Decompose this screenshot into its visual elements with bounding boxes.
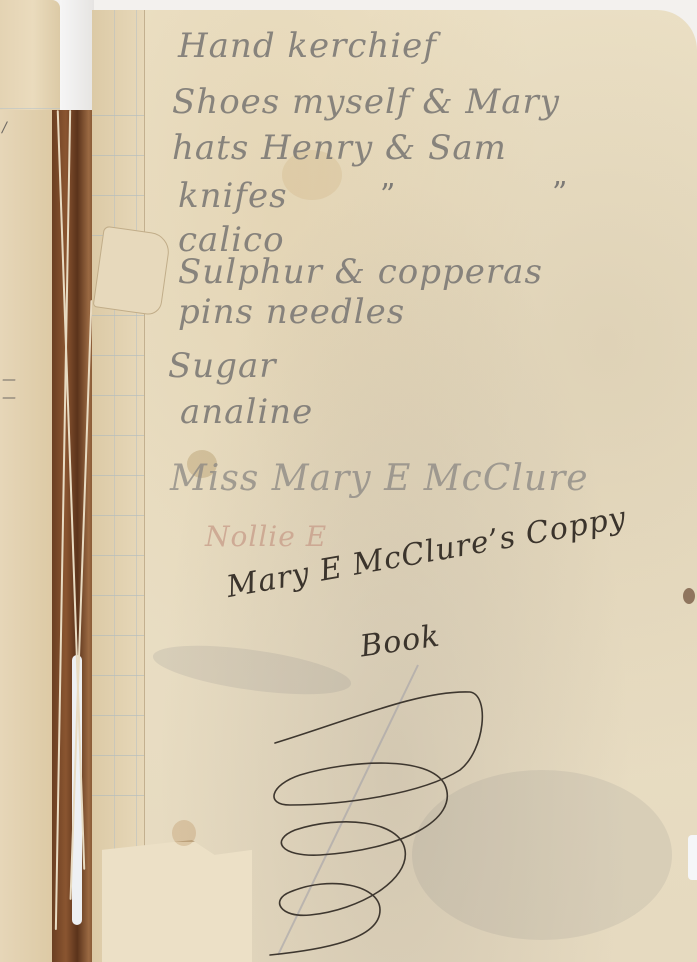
list-item: Shoes myself & Mary	[172, 82, 560, 122]
ink-loop-flourish-icon	[170, 670, 510, 960]
list-item: Sugar	[168, 346, 276, 386]
page-edge-notch	[688, 835, 697, 880]
background-gap	[60, 0, 94, 110]
scanned-notebook: / — —	[0, 0, 697, 962]
list-item: knifes	[178, 176, 288, 216]
page-margin-strip	[92, 10, 145, 962]
ditto-mark: ”	[552, 176, 567, 211]
margin-line	[114, 10, 115, 962]
pencil-signature: Miss Mary E McClure	[170, 458, 589, 499]
torn-paper-flap	[93, 226, 172, 317]
ruled-line	[0, 108, 60, 109]
ink-blot	[683, 588, 695, 604]
list-item: Hand kerchief	[178, 26, 437, 66]
left-page-mark: —	[2, 390, 16, 406]
left-page-under-sheet: / — —	[0, 110, 53, 962]
list-item: analine	[180, 392, 313, 432]
margin-line	[136, 10, 137, 962]
list-item: hats Henry & Sam	[172, 128, 507, 168]
left-page-mark: /	[2, 120, 7, 136]
ditto-mark: ”	[380, 178, 395, 213]
red-pencil-note: Nollie E	[205, 520, 327, 553]
list-item: pins needles	[178, 292, 405, 332]
left-page-mark: —	[2, 372, 16, 388]
list-item: Sulphur & copperas	[178, 252, 543, 292]
